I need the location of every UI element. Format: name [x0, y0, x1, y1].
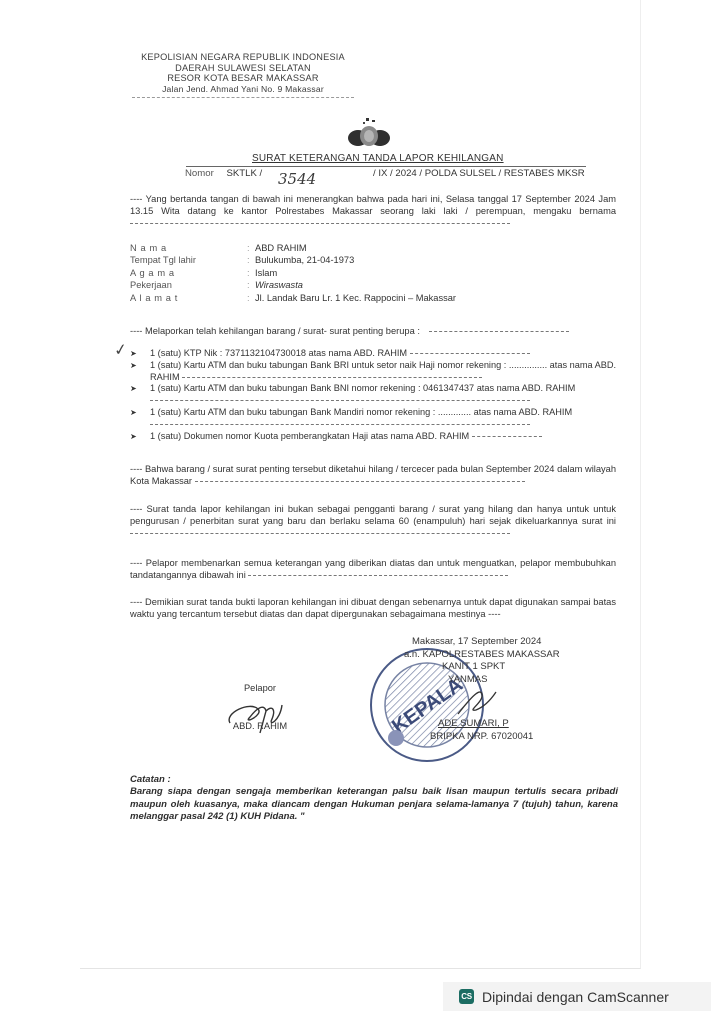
title-rule — [186, 166, 586, 167]
fill-line — [130, 223, 510, 224]
bullet-icon: ➤ — [130, 407, 137, 419]
identity-label: Pekerjaan — [130, 279, 247, 291]
fill-line — [130, 533, 510, 534]
letterhead-line-1: KEPOLISIAN NEGARA REPUBLIK INDONESIA — [132, 52, 354, 63]
reporter-label: Pelapor — [210, 683, 310, 693]
nomor-label: Nomor — [185, 168, 214, 179]
note-body: Barang siapa dengan sengaja memberikan k… — [130, 786, 618, 823]
identity-label: A l a m a t — [130, 292, 247, 304]
validity-paragraph: ---- Surat tanda lapor kehilangan ini bu… — [130, 503, 616, 540]
identity-row-address: A l a m a t:Jl. Landak Baru Lr. 1 Kec. R… — [130, 292, 456, 304]
letterhead-line-2: DAERAH SULAWESI SELATAN — [132, 63, 354, 74]
lost-item: ➤1 (satu) Kartu ATM dan buku tabungan Ba… — [130, 360, 618, 384]
officer-name: ADE SUMARI, P — [438, 718, 560, 731]
lost-info-text: ---- Bahwa barang / surat surat penting … — [130, 464, 616, 486]
handwritten-number: 3544 — [278, 170, 316, 188]
letterhead-line-4: Jalan Jend. Ahmad Yani No. 9 Makassar — [132, 84, 354, 95]
fill-line — [182, 377, 482, 378]
identity-value: Jl. Landak Baru Lr. 1 Kec. Rappocini – M… — [255, 292, 456, 304]
closing-text: ---- Demikian surat tanda bukti laporan … — [130, 597, 616, 619]
checkmark-icon: ✓ — [113, 339, 129, 361]
note-heading: Catatan : — [130, 774, 618, 786]
lost-item-text: 1 (satu) KTP Nik : 7371132104730018 atas… — [150, 348, 407, 358]
colon: : — [247, 254, 255, 266]
bullet-icon: ➤ — [130, 431, 137, 443]
identity-row-job: Pekerjaan:Wiraswasta — [130, 279, 456, 291]
nomor-prefix: SKTLK / — [226, 168, 262, 179]
lost-info-paragraph: ---- Bahwa barang / surat surat penting … — [130, 463, 616, 487]
letterhead: KEPOLISIAN NEGARA REPUBLIK INDONESIA DAE… — [132, 52, 354, 98]
fill-line — [195, 481, 525, 482]
nomor-line: Nomor SKTLK / — [185, 168, 262, 179]
fill-line — [150, 400, 530, 401]
report-intro-text: ---- Melaporkan telah kehilangan barang … — [130, 326, 420, 336]
fill-line — [472, 436, 542, 437]
colon: : — [247, 242, 255, 254]
officer-signature-block: Makassar, 17 September 2024 a.n. KAPOLRE… — [412, 636, 560, 744]
fill-line — [150, 424, 530, 425]
officer-title-1: a.n. KAPOLRESTABES MAKASSAR — [404, 649, 560, 662]
confirmation-paragraph: ---- Pelapor membenarkan semua keteranga… — [130, 557, 616, 581]
lost-item-text: 1 (satu) Dokumen nomor Kuota pemberangka… — [150, 431, 469, 441]
colon: : — [247, 292, 255, 304]
nomor-suffix: / IX / 2024 / POLDA SULSEL / RESTABES MK… — [373, 168, 585, 179]
identity-label: N a m a — [130, 242, 247, 254]
police-emblem-icon — [346, 115, 392, 149]
intro-text: ---- Yang bertanda tangan di bawah ini m… — [130, 194, 616, 216]
letterhead-line-3: RESOR KOTA BESAR MAKASSAR — [132, 73, 354, 84]
officer-signature-icon — [452, 686, 512, 718]
identity-value: Wiraswasta — [255, 279, 303, 291]
identity-label: A g a m a — [130, 267, 247, 279]
fill-line — [248, 575, 508, 576]
identity-value: Bulukumba, 21-04-1973 — [255, 254, 354, 266]
officer-rank-nrp: BRIPKA NRP. 67020041 — [430, 731, 560, 744]
report-intro: ---- Melaporkan telah kehilangan barang … — [130, 325, 616, 337]
lost-item-text: 1 (satu) Kartu ATM dan buku tabungan Ban… — [150, 360, 616, 382]
camscanner-logo-icon: CS — [459, 989, 474, 1004]
intro-paragraph: ---- Yang bertanda tangan di bawah ini m… — [130, 193, 616, 230]
reporter-name: ABD. RAHIM — [210, 721, 310, 731]
identity-label: Tempat Tgl lahir — [130, 254, 247, 266]
camscanner-text: Dipindai dengan CamScanner — [482, 989, 669, 1005]
lost-item: ➤1 (satu) Kartu ATM dan buku tabungan Ba… — [130, 383, 618, 407]
validity-text: ---- Surat tanda lapor kehilangan ini bu… — [130, 504, 616, 526]
identity-row-birth: Tempat Tgl lahir:Bulukumba, 21-04-1973 — [130, 254, 456, 266]
officer-title-2: KANIT 1 SPKT — [442, 661, 560, 674]
colon: : — [247, 279, 255, 291]
lost-item: ➤1 (satu) KTP Nik : 7371132104730018 ata… — [130, 348, 618, 360]
lost-item: ➤1 (satu) Kartu ATM dan buku tabungan Ba… — [130, 407, 618, 431]
fill-line — [410, 353, 530, 354]
bullet-icon: ➤ — [130, 348, 137, 360]
lost-item-text: 1 (satu) Kartu ATM dan buku tabungan Ban… — [150, 383, 575, 393]
officer-title-3: YANMAS — [448, 674, 560, 687]
place-date: Makassar, 17 September 2024 — [412, 636, 560, 649]
confirmation-text: ---- Pelapor membenarkan semua keteranga… — [130, 558, 616, 580]
camscanner-watermark: CS Dipindai dengan CamScanner — [443, 982, 711, 1011]
document-title: SURAT KETERANGAN TANDA LAPOR KEHILANGAN — [252, 153, 504, 164]
identity-value: ABD RAHIM — [255, 242, 307, 254]
lost-item: ➤1 (satu) Dokumen nomor Kuota pemberangk… — [130, 431, 618, 443]
identity-row-religion: A g a m a:Islam — [130, 267, 456, 279]
identity-value: Islam — [255, 267, 277, 279]
identity-row-name: N a m a:ABD RAHIM — [130, 242, 456, 254]
fill-line — [429, 331, 569, 332]
bullet-icon: ➤ — [130, 360, 137, 372]
note-block: Catatan : Barang siapa dengan sengaja me… — [130, 774, 618, 823]
lost-item-text: 1 (satu) Kartu ATM dan buku tabungan Ban… — [150, 407, 572, 417]
letterhead-rule — [132, 97, 354, 98]
identity-table: N a m a:ABD RAHIM Tempat Tgl lahir:Buluk… — [130, 242, 456, 304]
closing-paragraph: ---- Demikian surat tanda bukti laporan … — [130, 596, 616, 620]
lost-items-list: ➤1 (satu) KTP Nik : 7371132104730018 ata… — [130, 348, 618, 442]
reporter-signature-block: Pelapor ABD. RAHIM — [210, 683, 310, 731]
bullet-icon: ➤ — [130, 383, 137, 395]
colon: : — [247, 267, 255, 279]
